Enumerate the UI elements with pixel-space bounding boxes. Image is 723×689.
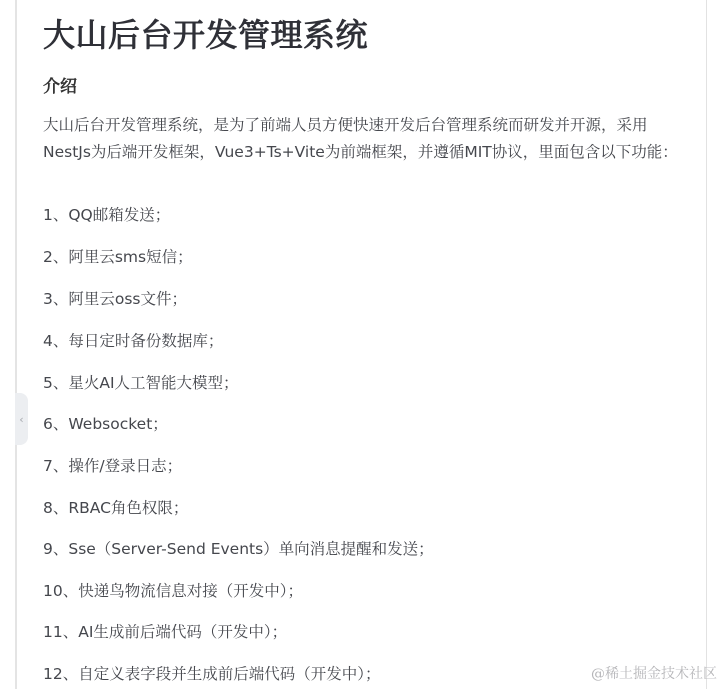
watermark: @稀土掘金技术社区 (591, 663, 717, 683)
list-item: 5、星火AI人工智能大模型； (43, 373, 239, 393)
list-item: 3、阿里云oss文件； (43, 289, 187, 309)
list-item: 8、RBAC角色权限； (43, 498, 188, 518)
right-border (706, 0, 707, 689)
list-item: 9、Sse（Server-Send Events）单向消息提醒和发送； (43, 539, 434, 559)
page-title: 大山后台开发管理系统 (43, 10, 368, 56)
sidebar-collapse-toggle[interactable]: ‹ (15, 393, 28, 445)
list-item: 4、每日定时备份数据库； (43, 331, 223, 351)
chevron-left-icon: ‹ (19, 413, 23, 426)
list-item: 1、QQ邮箱发送； (43, 205, 170, 225)
list-item: 11、AI生成前后端代码（开发中）； (43, 622, 287, 642)
list-item: 2、阿里云sms短信； (43, 247, 193, 267)
list-item: 10、快递鸟物流信息对接（开发中）； (43, 581, 303, 601)
list-item: 6、Websocket； (43, 414, 168, 434)
left-border (15, 0, 17, 689)
section-heading-intro: 介绍 (43, 72, 77, 97)
list-item: 7、操作/登录日志； (43, 456, 182, 476)
intro-paragraph: 大山后台开发管理系统，是为了前端人员方便快速开发后台管理系统而研发并开源，采用N… (43, 112, 683, 166)
list-item: 12、自定义表字段并生成前后端代码（开发中）； (43, 664, 380, 684)
